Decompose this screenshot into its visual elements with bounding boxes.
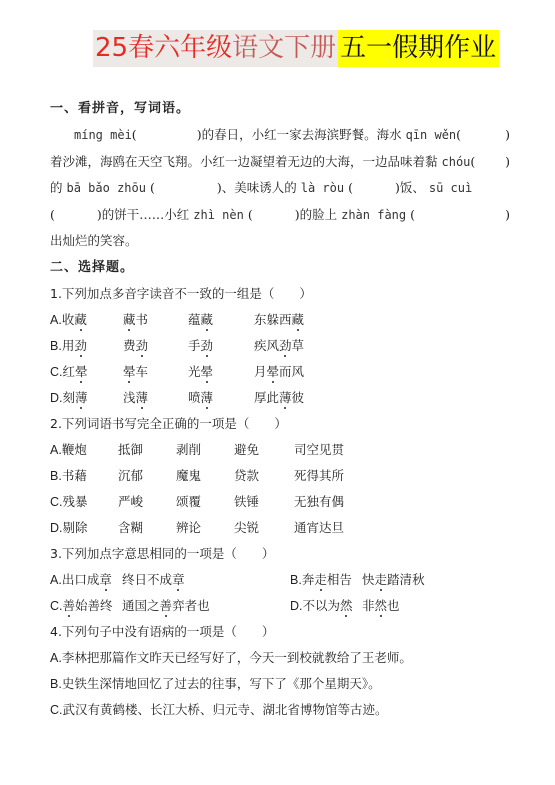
option-label: B. — [290, 573, 302, 587]
option-word: 沉郁 — [118, 463, 143, 489]
option-word: 辨论 — [176, 515, 201, 541]
option-word: 抵御 — [118, 437, 143, 463]
question-1-options: A.收藏藏书蕴藏东躲西藏B.用劲费劲手劲疾风劲草C.红晕晕车光晕月晕而风D.刻薄… — [50, 307, 510, 411]
option-word: A.鞭炮 — [50, 437, 87, 463]
option-c: C.武汉有黄鹤楼、长江大桥、归元寺、湖北省博物馆等古迹。 — [50, 697, 510, 723]
option-word: 喷薄 — [188, 385, 213, 411]
option-row: A.出口成章终日不成章B.奔走相告快走踏清秋 — [50, 567, 510, 593]
pinyin-zhanfang: zhàn fàng — [341, 208, 406, 222]
option-b: B.书藉沉郁魔鬼贷款死得其所 — [50, 463, 510, 489]
option-text: 武汉有黄鹤楼、长江大桥、归元寺、湖北省博物馆等古迹。 — [63, 702, 388, 717]
title-grade: 25春六年级 — [95, 33, 232, 63]
option-label: D. — [50, 521, 63, 535]
pinyin-zhinen: zhì nèn — [193, 208, 244, 222]
option-word: 费劲 — [123, 333, 148, 359]
worksheet-content: 一、看拼音，写词语。 míng mèi()的春日，小红一家去海滨野餐。海水 qī… — [50, 96, 510, 723]
option-word: A.出口成章 — [50, 567, 112, 593]
option-a: A.李林把那篇作文昨天已经写好了，今天一到校就教给了王老师。 — [50, 645, 510, 671]
question-3-stem: 3.下列加点字意思相同的一项是（ ） — [50, 541, 510, 567]
option-label: A. — [50, 443, 62, 457]
option-label: C. — [50, 365, 63, 379]
option-row: C.善始善终通国之善弈者也D.不以为然非然也 — [50, 593, 510, 619]
question-1-stem: 1.下列加点多音字读音不一致的一组是（ ） — [50, 281, 510, 307]
pinyin-mingmei: míng mèi — [74, 128, 132, 142]
option-word: 月晕而风 — [254, 359, 304, 385]
pinyin-babaozhou: bā bǎo zhōu — [67, 181, 146, 195]
passage-line-1: míng mèi()的春日，小红一家去海滨野餐。海水 qīn wěn( ) — [50, 122, 510, 149]
option-word: 晕车 — [123, 359, 148, 385]
option-word: D.不以为然 — [290, 593, 353, 619]
option-c: C.残暴严峻颂覆铁锤无独有偶 — [50, 489, 510, 515]
option-d: D.剔除含糊辨论尖锐通宵达旦 — [50, 515, 510, 541]
option-label: A. — [50, 651, 62, 665]
option-word: 剥削 — [176, 437, 201, 463]
option-word: 颂覆 — [176, 489, 201, 515]
option-word: 快走踏清秋 — [362, 567, 425, 593]
option-word: 死得其所 — [294, 463, 344, 489]
question-3-options: A.出口成章终日不成章B.奔走相告快走踏清秋C.善始善终通国之善弈者也D.不以为… — [50, 567, 510, 619]
pinyin-sucui: sū cuì — [429, 181, 472, 195]
pinyin-larou: là ròu — [301, 181, 344, 195]
option-word: 避免 — [234, 437, 259, 463]
option-word: B.奔走相告 — [290, 567, 352, 593]
option-c: C.红晕晕车光晕月晕而风 — [50, 359, 510, 385]
option-a: A.收藏藏书蕴藏东躲西藏 — [50, 307, 510, 333]
option-word: D.剔除 — [50, 515, 88, 541]
option-d: D.刻薄浅薄喷薄厚此薄彼 — [50, 385, 510, 411]
option-word: 通宵达旦 — [294, 515, 344, 541]
option-word: 含糊 — [118, 515, 143, 541]
option-word: B.书藉 — [50, 463, 87, 489]
option-label: C. — [50, 599, 63, 613]
option-word: 魔鬼 — [176, 463, 201, 489]
option-b: B.史铁生深情地回忆了过去的往事，写下了《那个星期天》。 — [50, 671, 510, 697]
option-word: 严峻 — [118, 489, 143, 515]
section-2-heading: 二、选择题。 — [50, 255, 510, 281]
option-label: B. — [50, 469, 62, 483]
option-word: 厚此薄彼 — [254, 385, 304, 411]
title-gray-block: 25春六年级语文下册 — [93, 30, 338, 67]
question-4-options: A.李林把那篇作文昨天已经写好了，今天一到校就教给了王老师。B.史铁生深情地回忆… — [50, 645, 510, 723]
pinyin-passage: míng mèi()的春日，小红一家去海滨野餐。海水 qīn wěn( ) 着沙… — [50, 122, 510, 255]
option-word: 疾风劲草 — [254, 333, 304, 359]
option-word: 浅薄 — [123, 385, 148, 411]
option-a: A.鞭炮抵御剥削避免司空见贯 — [50, 437, 510, 463]
option-word: B.用劲 — [50, 333, 87, 359]
option-label: A. — [50, 573, 62, 587]
title-subject: 语文下册 — [232, 33, 336, 63]
option-word: D.刻薄 — [50, 385, 88, 411]
option-text: 史铁生深情地回忆了过去的往事，写下了《那个星期天》。 — [62, 676, 381, 691]
option-word: A.收藏 — [50, 307, 87, 333]
option-label: C. — [50, 495, 63, 509]
option-word: 东躲西藏 — [254, 307, 304, 333]
passage-line-4: ()的饼干……小红 zhì nèn ()的脸上 zhàn fàng ( ) — [50, 202, 510, 229]
option-label: D. — [290, 599, 303, 613]
option-word: C.残暴 — [50, 489, 88, 515]
passage-line-3: 的 bā bǎo zhōu ()、美味诱人的 là ròu ()饭、 sū cu… — [50, 175, 510, 202]
option-word: C.善始善终 — [50, 593, 113, 619]
question-2-stem: 2.下列词语书写完全正确的一项是（ ） — [50, 411, 510, 437]
option-b: B.用劲费劲手劲疾风劲草 — [50, 333, 510, 359]
option-word: C.红晕 — [50, 359, 88, 385]
option-word: 光晕 — [188, 359, 213, 385]
option-word: 终日不成章 — [122, 567, 185, 593]
option-word: 尖锐 — [234, 515, 259, 541]
option-word: 非然也 — [362, 593, 400, 619]
pinyin-chou: chóu — [442, 155, 471, 169]
option-text: 李林把那篇作文昨天已经写好了，今天一到校就教给了王老师。 — [62, 650, 412, 665]
section-1-heading: 一、看拼音，写词语。 — [50, 96, 510, 122]
option-label: A. — [50, 313, 62, 327]
option-word: 手劲 — [188, 333, 213, 359]
option-label: D. — [50, 391, 63, 405]
option-word: 无独有偶 — [294, 489, 344, 515]
title-highlight: 五一假期作业 — [338, 30, 499, 67]
passage-line-5: 出灿烂的笑容。 — [50, 228, 510, 255]
option-word: 藏书 — [123, 307, 148, 333]
option-label: B. — [50, 677, 62, 691]
option-label: C. — [50, 703, 63, 717]
question-4-stem: 4.下列句子中没有语病的一项是（ ） — [50, 619, 510, 645]
pinyin-qinwen: qīn wěn — [406, 128, 457, 142]
option-word: 通国之善弈者也 — [122, 593, 210, 619]
option-word: 贷款 — [234, 463, 259, 489]
option-label: B. — [50, 339, 62, 353]
option-word: 铁锤 — [234, 489, 259, 515]
document-title: 25春六年级语文下册 五一假期作业 — [93, 30, 499, 67]
option-word: 司空见贯 — [294, 437, 344, 463]
question-2-options: A.鞭炮抵御剥削避免司空见贯B.书藉沉郁魔鬼贷款死得其所C.残暴严峻颂覆铁锤无独… — [50, 437, 510, 541]
option-word: 蕴藏 — [188, 307, 213, 333]
passage-line-2: 着沙滩，海鸥在天空飞翔。小红一边凝望着无边的大海，一边品味着黏 chóu( ) — [50, 149, 510, 176]
